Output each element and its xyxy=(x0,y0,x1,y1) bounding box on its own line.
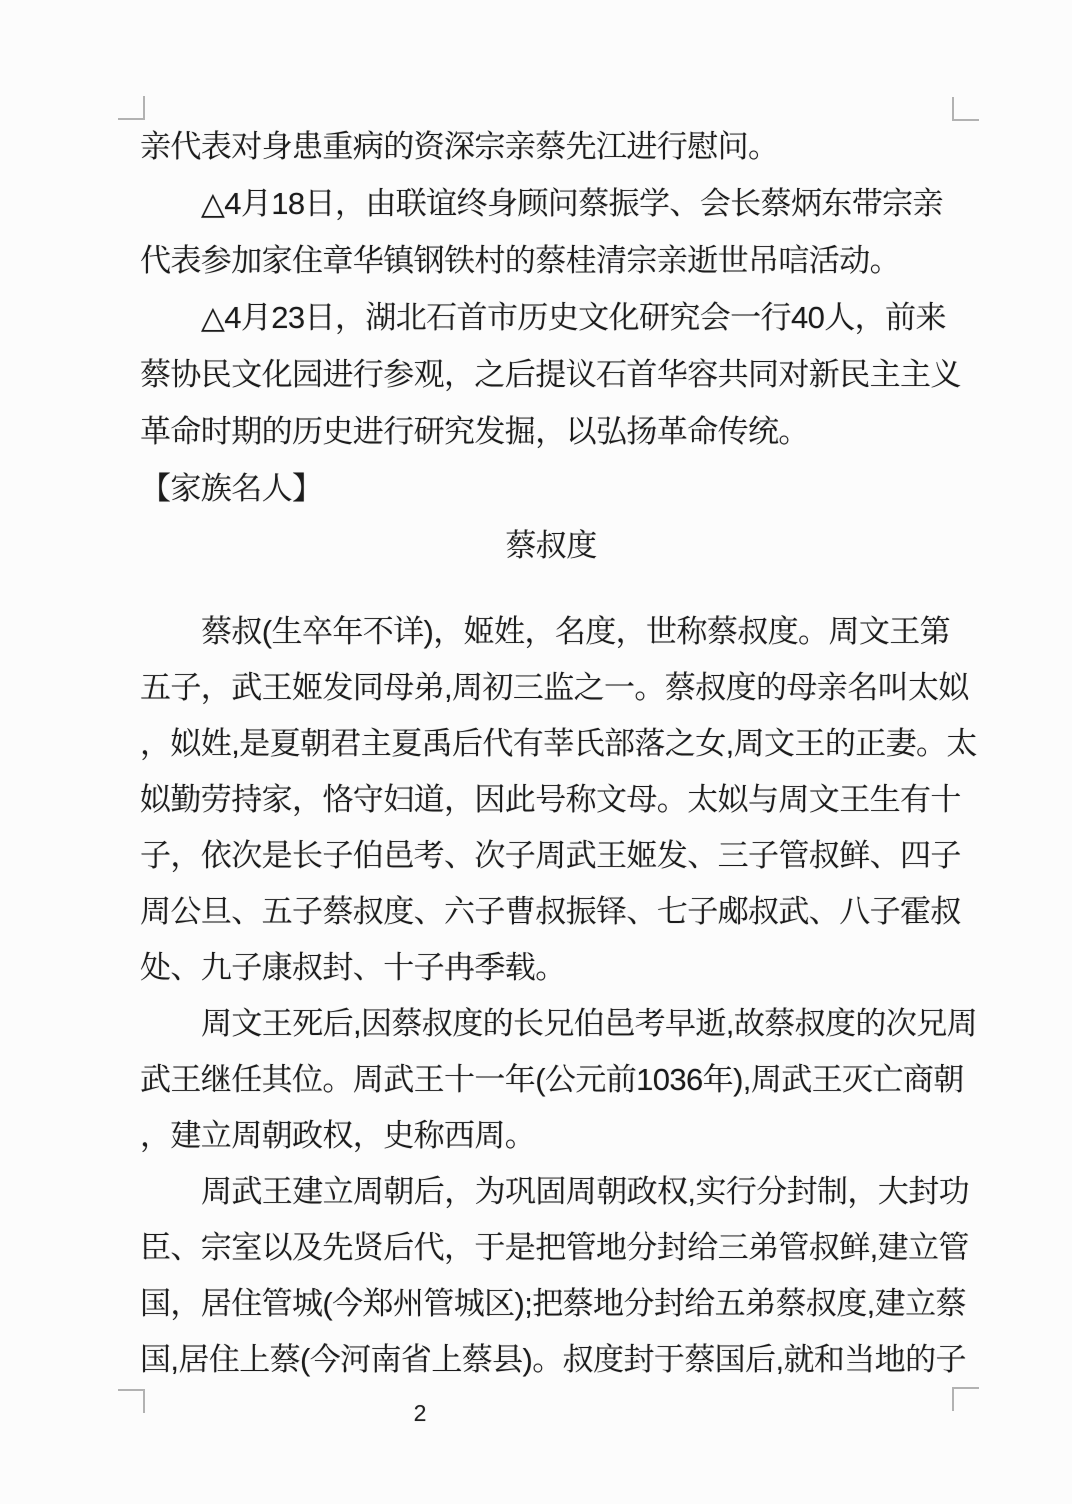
news-item-line: △4月23日，湖北石首市历史文化研究会一行40人，前来 xyxy=(140,289,962,346)
page-text-area: 亲代表对身患重病的资深宗亲蔡先江进行慰问。 △4月18日，由联谊终身顾问蔡振学、… xyxy=(140,118,962,1388)
text-line: 周公旦、五子蔡叔度、六子曹叔振铎、七子郕叔武、八子霍叔 xyxy=(140,884,962,940)
text-line: 子，依次是长子伯邑考、次子周武王姬发、三子管叔鲜、四子 xyxy=(140,828,962,884)
document-page: 亲代表对身患重病的资深宗亲蔡先江进行慰问。 △4月18日，由联谊终身顾问蔡振学、… xyxy=(0,0,1072,1504)
text-line: 革命时期的历史进行研究发掘，以弘扬革命传统。 xyxy=(140,403,962,460)
page-number: 2 xyxy=(398,1400,442,1427)
section-heading: 【家族名人】 xyxy=(140,460,962,517)
text-line: 姒勤劳持家，恪守妇道，因此号称文母。太姒与周文王生有十 xyxy=(140,772,962,828)
text-boundary-mark-bottom-right xyxy=(952,1387,979,1411)
text-line: ，建立周朝政权，史称西周。 xyxy=(140,1108,962,1164)
text-line: 五子，武王姬发同母弟,周初三监之一。蔡叔度的母亲名叫太姒 xyxy=(140,660,962,716)
paragraph-start-line: 蔡叔(生卒年不详)，姬姓，名度，世称蔡叔度。周文王第 xyxy=(140,604,962,660)
paragraph-start-line: 周文王死后,因蔡叔度的长兄伯邑考早逝,故蔡叔度的次兄周 xyxy=(140,996,962,1052)
text-line: ，姒姓,是夏朝君主夏禹后代有莘氏部落之女,周文王的正妻。太 xyxy=(140,716,962,772)
news-item-line: △4月18日，由联谊终身顾问蔡振学、会长蔡炳东带宗亲 xyxy=(140,175,962,232)
text-line: 亲代表对身患重病的资深宗亲蔡先江进行慰问。 xyxy=(140,118,962,175)
text-boundary-mark-bottom-left xyxy=(118,1389,145,1413)
text-line: 代表参加家住章华镇钢铁村的蔡桂清宗亲逝世吊唁活动。 xyxy=(140,232,962,289)
text-line: 国，居住管城(今郑州管城区);把蔡地分封给五弟蔡叔度,建立蔡 xyxy=(140,1276,962,1332)
article-title: 蔡叔度 xyxy=(140,517,962,574)
text-line: 国,居住上蔡(今河南省上蔡县)。叔度封于蔡国后,就和当地的子 xyxy=(140,1332,962,1388)
text-line: 蔡协民文化园进行参观，之后提议石首华容共同对新民主主义 xyxy=(140,346,962,403)
paragraph-start-line: 周武王建立周朝后，为巩固周朝政权,实行分封制，大封功 xyxy=(140,1164,962,1220)
text-line: 处、九子康叔封、十子冉季载。 xyxy=(140,940,962,996)
text-line: 武王继任其位。周武王十一年(公元前1036年),周武王灭亡商朝 xyxy=(140,1052,962,1108)
text-boundary-mark-top-left xyxy=(118,96,145,120)
text-line: 臣、宗室以及先贤后代，于是把管地分封给三弟管叔鲜,建立管 xyxy=(140,1220,962,1276)
